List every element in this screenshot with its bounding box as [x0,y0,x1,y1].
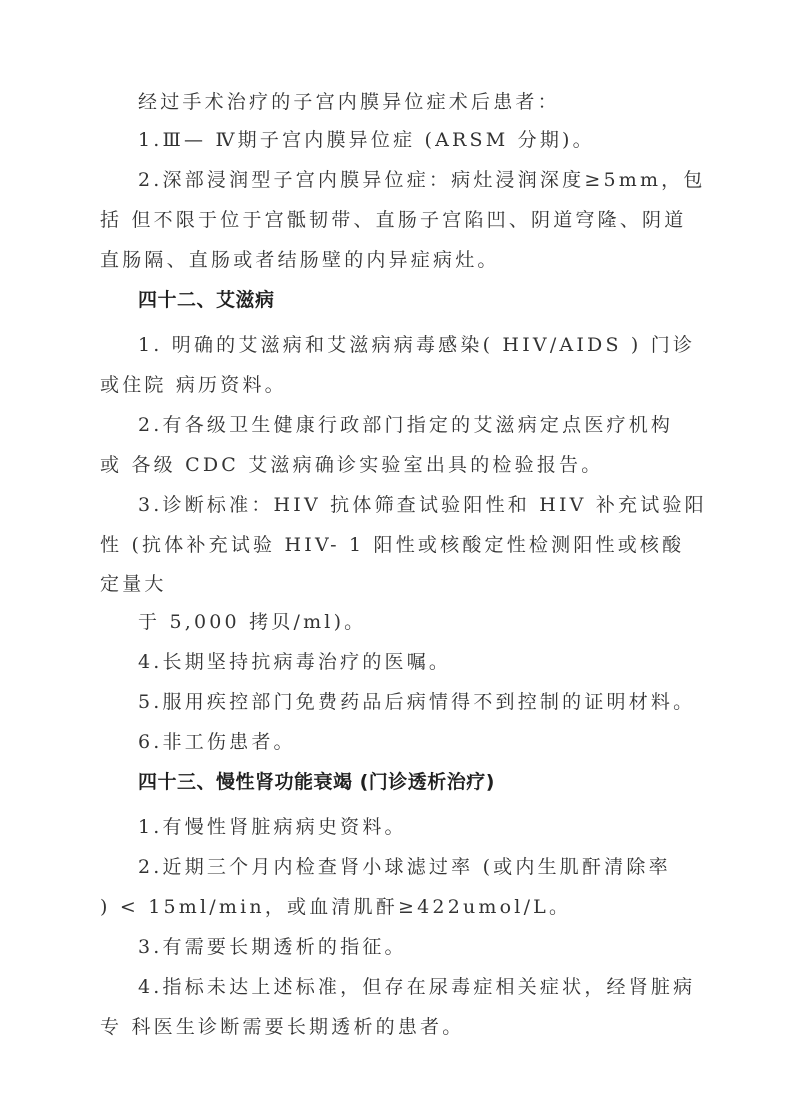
list-item: 2.深部浸润型子宫内膜异位症：病灶浸润深度≥5mm，包 [138,168,718,192]
section-heading-aids: 四十二、艾滋病 [138,288,718,312]
list-item-continuation: 于 5,000 拷贝/ml)。 [138,610,718,634]
list-item: 1.Ⅲ— Ⅳ期子宫内膜异位症 (ARSM 分期)。 [138,128,718,152]
list-item-continuation: 直肠隔、直肠或者结肠壁的内异症病灶。 [100,248,680,272]
list-item-continuation: 或 各级 CDC 艾滋病确诊实验室出具的检验报告。 [100,453,680,477]
list-item: 3.有需要长期透析的指征。 [138,935,718,959]
list-item-continuation: 专 科医生诊断需要长期透析的患者。 [100,1015,680,1039]
list-item-continuation: 括 但不限于位于宫骶韧带、直肠子宫陷凹、阴道穹隆、阴道 [100,208,680,232]
list-item-continuation: 或住院 病历资料。 [100,373,680,397]
list-item: 2.近期三个月内检查肾小球滤过率 (或内生肌酐清除率 [138,855,718,879]
paragraph-intro: 经过手术治疗的子宫内膜异位症术后患者： [138,90,718,114]
list-item: 6.非工伤患者。 [138,730,718,754]
list-item: 1.有慢性肾脏病病史资料。 [138,815,718,839]
document-page: 经过手术治疗的子宫内膜异位症术后患者： 1.Ⅲ— Ⅳ期子宫内膜异位症 (ARSM… [0,0,793,1120]
list-item: 1. 明确的艾滋病和艾滋病病毒感染( HIV/AIDS ) 门诊 [138,333,718,357]
section-heading-chronic-renal-failure: 四十三、慢性肾功能衰竭 (门诊透析治疗) [138,770,718,794]
list-item-continuation: 定量大 [100,572,680,596]
list-item-continuation: ) < 15ml/min，或血清肌酐≥422umol/L。 [100,895,680,919]
list-item: 5.服用疾控部门免费药品后病情得不到控制的证明材料。 [138,690,718,714]
list-item: 3.诊断标准：HIV 抗体筛查试验阳性和 HIV 补充试验阳 [138,493,718,517]
list-item: 4.指标未达上述标准，但存在尿毒症相关症状，经肾脏病 [138,975,718,999]
list-item-continuation: 性 (抗体补充试验 HIV- 1 阳性或核酸定性检测阳性或核酸 [100,533,680,557]
list-item: 2.有各级卫生健康行政部门指定的艾滋病定点医疗机构 [138,413,718,437]
list-item: 4.长期坚持抗病毒治疗的医嘱。 [138,650,718,674]
